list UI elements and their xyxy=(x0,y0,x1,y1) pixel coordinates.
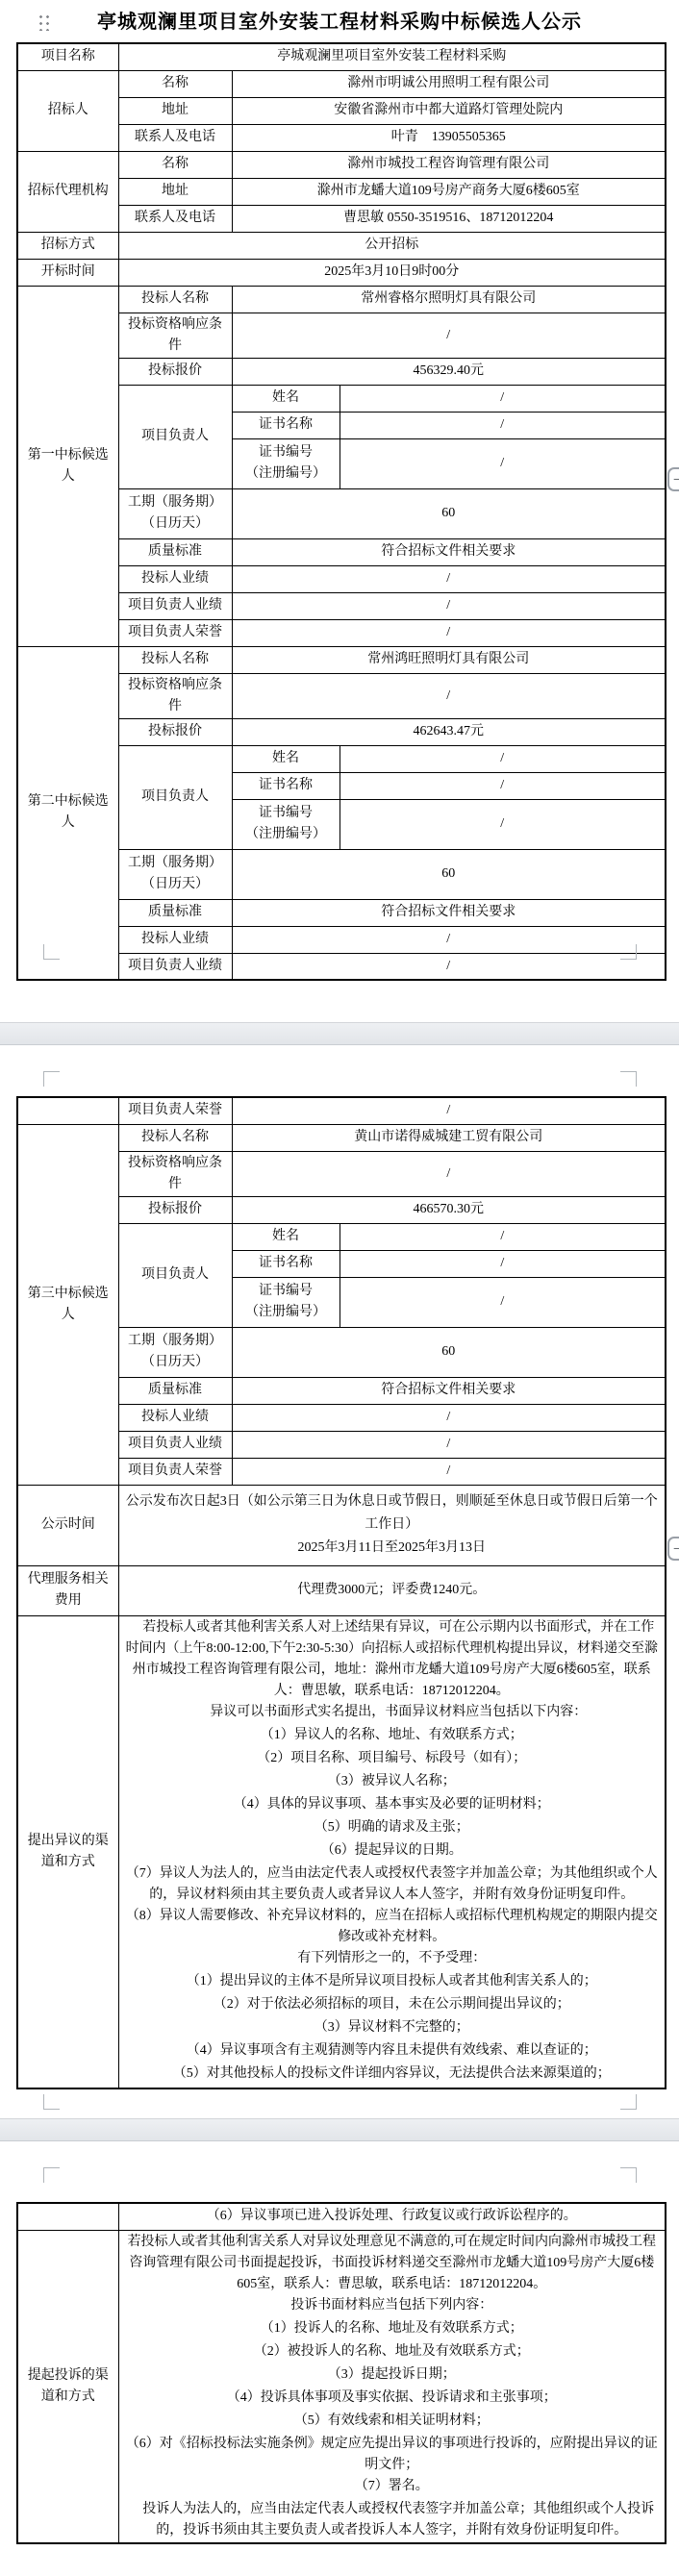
cell-value: / xyxy=(232,1404,666,1431)
paragraph: （5）有效线索和相关证明材料； xyxy=(123,2411,662,2434)
collapse-button[interactable]: − xyxy=(667,1537,679,1561)
row-label: 质量标准 xyxy=(118,899,232,926)
cell-value: 符合招标文件相关要求 xyxy=(232,899,666,926)
row-label: 投标人业绩 xyxy=(118,1404,232,1431)
page-corner-mark xyxy=(620,944,637,960)
row-label: 提起投诉的渠道和方式 xyxy=(17,2230,118,2543)
cell-value-publicity: 公示发布次日起3日（如公示第三日为休息日或节假日，则顺延至休息日或节假日后第一个… xyxy=(118,1485,666,1565)
row-label: 联系人及电话 xyxy=(118,205,232,232)
paragraph: （7）署名。 xyxy=(123,2476,662,2499)
paragraph: 投诉书面材料应当包括下列内容： xyxy=(123,2295,662,2318)
cell-value: 滁州市龙蟠大道109号房产商务大厦6楼605室 xyxy=(232,178,666,205)
cell-value: / xyxy=(339,438,666,488)
row-label: 投标人名称 xyxy=(118,286,232,313)
paragraph: （6）对《招标投标法实施条例》规定应先提出异议的事项进行投诉的，应附提出异议的证… xyxy=(123,2434,662,2476)
cell-value: / xyxy=(339,1277,666,1327)
paragraph: （2）对于依法必须招标的项目，未在公示期间提出异议的； xyxy=(123,1994,662,2017)
paragraph: （7）异议人为法人的，应当由法定代表人或授权代表签字并加盖公章；为其他组织或个人… xyxy=(123,1863,662,1906)
cell-value: / xyxy=(339,1250,666,1277)
row-label: 项目负责人业绩 xyxy=(118,592,232,619)
group-label-candidate-2: 第二中标候选人 xyxy=(17,646,118,980)
group-label-candidate-1: 第一中标候选人 xyxy=(17,286,118,646)
paragraph: （5）对其他投标人的投标文件详细内容异议，无法提供合法来源渠道的； xyxy=(123,2063,662,2087)
row-label: 开标时间 xyxy=(17,259,118,286)
paragraph: 有下列情形之一的，不予受理： xyxy=(123,1948,662,1971)
objection-text-continued: （6）异议事项已进入投诉处理、行政复议或行政诉讼程序的。 xyxy=(118,2203,666,2230)
cell-value: 滁州市明诚公用照明工程有限公司 xyxy=(232,70,666,97)
cell-value: 466570.30元 xyxy=(232,1196,666,1223)
cell-value: / xyxy=(232,313,666,358)
row-label-manager: 项目负责人 xyxy=(118,745,232,849)
cell-value: 曹思敏 0550-3519516、18712012204 xyxy=(232,205,666,232)
row-label: 代理服务相关费用 xyxy=(17,1565,118,1615)
row-label: 投标报价 xyxy=(118,718,232,745)
row-label: 项目名称 xyxy=(17,43,118,70)
sub-label: 证书编号 （注册编号） xyxy=(232,438,339,488)
row-label: 项目负责人荣誉 xyxy=(118,1458,232,1485)
paragraph: （2）项目名称、项目编号、标段号（如有）； xyxy=(123,1748,662,1771)
cell-value: / xyxy=(232,1431,666,1458)
publicity-line2: 2025年3月11日至2025年3月13日 xyxy=(123,1537,662,1560)
paragraph: （8）异议人需要修改、补充异议材料的，应当在招标人或招标代理机构规定的期限内提交… xyxy=(123,1906,662,1948)
cell-value: 60 xyxy=(232,1327,666,1377)
cell-value: / xyxy=(232,953,666,980)
cell-value: 60 xyxy=(232,849,666,899)
paragraph: （1）异议人的名称、地址、有效联系方式； xyxy=(123,1725,662,1748)
cell-value: 黄山市诺得威城建工贸有限公司 xyxy=(232,1124,666,1151)
row-label: 投标报价 xyxy=(118,358,232,385)
row-label: 项目负责人荣誉 xyxy=(118,1097,232,1124)
row-label: 名称 xyxy=(118,151,232,178)
collapse-button[interactable]: − xyxy=(667,467,679,491)
bid-announcement-table-page2: 项目负责人荣誉 / 第三中标候选人 投标人名称 黄山市诺得威城建工贸有限公司 投… xyxy=(16,1096,666,2089)
cell-value: 符合招标文件相关要求 xyxy=(232,1377,666,1404)
row-label: 投标人名称 xyxy=(118,646,232,673)
page-title: 亭城观澜里项目室外安装工程材料采购中标候选人公示 xyxy=(0,6,679,38)
cell-value: 462643.47元 xyxy=(232,718,666,745)
cell-value: / xyxy=(232,926,666,953)
page-corner-mark xyxy=(620,2167,637,2183)
paragraph: （3）异议材料不完整的； xyxy=(123,2017,662,2040)
paragraph: 异议可以书面形式实名提出，书面异议材料应当包括以下内容： xyxy=(123,1702,662,1725)
paragraph: 若投标人或者其他利害关系人对上述结果有异议，可在公示期内以书面形式，并在工作时间… xyxy=(123,1617,662,1702)
row-label: 投标人业绩 xyxy=(118,926,232,953)
row-label: 质量标准 xyxy=(118,538,232,565)
sub-label: 姓名 xyxy=(232,745,339,772)
paragraph: （4）投诉具体事项及事实依据、投诉请求和主张事项； xyxy=(123,2388,662,2411)
row-label-manager: 项目负责人 xyxy=(118,385,232,488)
row-label: 招标方式 xyxy=(17,232,118,259)
row-label: 地址 xyxy=(118,97,232,124)
group-label-agency: 招标代理机构 xyxy=(17,151,118,232)
row-label: 项目负责人业绩 xyxy=(118,953,232,980)
row-label: 质量标准 xyxy=(118,1377,232,1404)
cell-value: / xyxy=(339,385,666,412)
sub-label: 证书编号 （注册编号） xyxy=(232,1277,339,1327)
page-corner-mark xyxy=(43,1071,60,1087)
cell-value: / xyxy=(232,592,666,619)
row-label: 联系人及电话 xyxy=(118,124,232,151)
row-label: 工期（服务期） （日历天） xyxy=(118,1327,232,1377)
cell-value: / xyxy=(339,799,666,849)
page-separator xyxy=(0,2118,679,2141)
cell-value: / xyxy=(339,745,666,772)
cell-value: / xyxy=(339,772,666,799)
cell-value: 公开招标 xyxy=(118,232,666,259)
group-label-candidate-3: 第三中标候选人 xyxy=(17,1124,118,1485)
empty-cell xyxy=(17,1097,118,1124)
cell-value: / xyxy=(339,412,666,438)
paragraph: （6）提起异议的日期。 xyxy=(123,1840,662,1863)
page-corner-mark xyxy=(43,944,60,960)
row-label: 工期（服务期） （日历天） xyxy=(118,849,232,899)
row-label: 投标人业绩 xyxy=(118,565,232,592)
row-label: 地址 xyxy=(118,178,232,205)
page-corner-mark xyxy=(43,2094,60,2110)
document-canvas: 亭城观澜里项目室外安装工程材料采购中标候选人公示 项目名称 亭城观澜里项目室外安… xyxy=(0,0,679,2576)
paragraph: （4）具体的异议事项、基本事实及必要的证明材料； xyxy=(123,1794,662,1817)
cell-value: 符合招标文件相关要求 xyxy=(232,538,666,565)
cell-value: / xyxy=(232,619,666,646)
sub-label: 证书编号 （注册编号） xyxy=(232,799,339,849)
cell-value: 2025年3月10日9时00分 xyxy=(118,259,666,286)
cell-value: 60 xyxy=(232,488,666,538)
paragraph: （3）被异议人名称； xyxy=(123,1771,662,1794)
row-label: 投标资格响应条件 xyxy=(118,1151,232,1196)
row-label: 项目负责人荣誉 xyxy=(118,619,232,646)
row-label: 提出异议的渠道和方式 xyxy=(17,1615,118,2088)
cell-value: / xyxy=(232,1097,666,1124)
cell-value: 代理费3000元；评委费1240元。 xyxy=(118,1565,666,1615)
cell-value: / xyxy=(339,1223,666,1250)
cell-value: 滁州市城投工程咨询管理有限公司 xyxy=(232,151,666,178)
cell-value: 常州鸿旺照明灯具有限公司 xyxy=(232,646,666,673)
page-corner-mark xyxy=(620,2094,637,2110)
publicity-line1: 公示发布次日起3日（如公示第三日为休息日或节假日，则顺延至休息日或节假日后第一个… xyxy=(123,1490,662,1537)
page-corner-mark xyxy=(43,2167,60,2183)
cell-value: / xyxy=(232,1151,666,1196)
row-label: 投标资格响应条件 xyxy=(118,673,232,718)
bid-announcement-table-page1: 项目名称 亭城观澜里项目室外安装工程材料采购 招标人 名称 滁州市明诚公用照明工… xyxy=(16,42,666,981)
sub-label: 证书名称 xyxy=(232,1250,339,1277)
row-label: 投标资格响应条件 xyxy=(118,313,232,358)
sub-label: 证书名称 xyxy=(232,772,339,799)
complaint-text: 若投标人或者其他利害关系人对异议处理意见不满意的,可在规定时间内向滁州市城投工程… xyxy=(118,2230,666,2543)
paragraph: （4）异议事项含有主观猜测等内容且未提供有效线索、难以查证的； xyxy=(123,2040,662,2063)
row-label: 项目负责人业绩 xyxy=(118,1431,232,1458)
sub-label: 证书名称 xyxy=(232,412,339,438)
row-label-manager: 项目负责人 xyxy=(118,1223,232,1327)
paragraph: 投诉人为法人的，应当由法定代表人或授权代表签字并加盖公章；其他组织或个人投诉的，… xyxy=(123,2499,662,2541)
paragraph: 若投标人或者其他利害关系人对异议处理意见不满意的,可在规定时间内向滁州市城投工程… xyxy=(123,2232,662,2295)
cell-value: 常州睿格尔照明灯具有限公司 xyxy=(232,286,666,313)
empty-cell xyxy=(17,2203,118,2230)
paragraph: （2）被投诉人的名称、地址及有效联系方式； xyxy=(123,2341,662,2364)
group-label-tenderee: 招标人 xyxy=(17,70,118,151)
objection-text: 若投标人或者其他利害关系人对上述结果有异议，可在公示期内以书面形式，并在工作时间… xyxy=(118,1615,666,2088)
paragraph: （1）投诉人的名称、地址及有效联系方式； xyxy=(123,2318,662,2341)
row-label: 投标报价 xyxy=(118,1196,232,1223)
page-separator xyxy=(0,1022,679,1045)
cell-value: 安徽省滁州市中都大道路灯管理处院内 xyxy=(232,97,666,124)
page-corner-mark xyxy=(620,1071,637,1087)
row-label: 投标人名称 xyxy=(118,1124,232,1151)
cell-value: 亭城观澜里项目室外安装工程材料采购 xyxy=(118,43,666,70)
cell-value: / xyxy=(232,673,666,718)
sub-label: 姓名 xyxy=(232,1223,339,1250)
row-label: 名称 xyxy=(118,70,232,97)
bid-announcement-table-page3: （6）异议事项已进入投诉处理、行政复议或行政诉讼程序的。 提起投诉的渠道和方式 … xyxy=(16,2202,666,2544)
sub-label: 姓名 xyxy=(232,385,339,412)
row-label: 公示时间 xyxy=(17,1485,118,1565)
cell-value: 456329.40元 xyxy=(232,358,666,385)
cell-value: / xyxy=(232,565,666,592)
cell-value: / xyxy=(232,1458,666,1485)
paragraph: （5）明确的请求及主张； xyxy=(123,1817,662,1840)
cell-value: 叶青 13905505365 xyxy=(232,124,666,151)
row-label: 工期（服务期） （日历天） xyxy=(118,488,232,538)
publicity-text: 公示发布次日起3日（如公示第三日为休息日或节假日，则顺延至休息日或节假日后第一个… xyxy=(123,1490,662,1560)
paragraph: （1）提出异议的主体不是所异议项目投标人或者其他利害关系人的； xyxy=(123,1971,662,1994)
paragraph: （3）提起投诉日期； xyxy=(123,2364,662,2388)
